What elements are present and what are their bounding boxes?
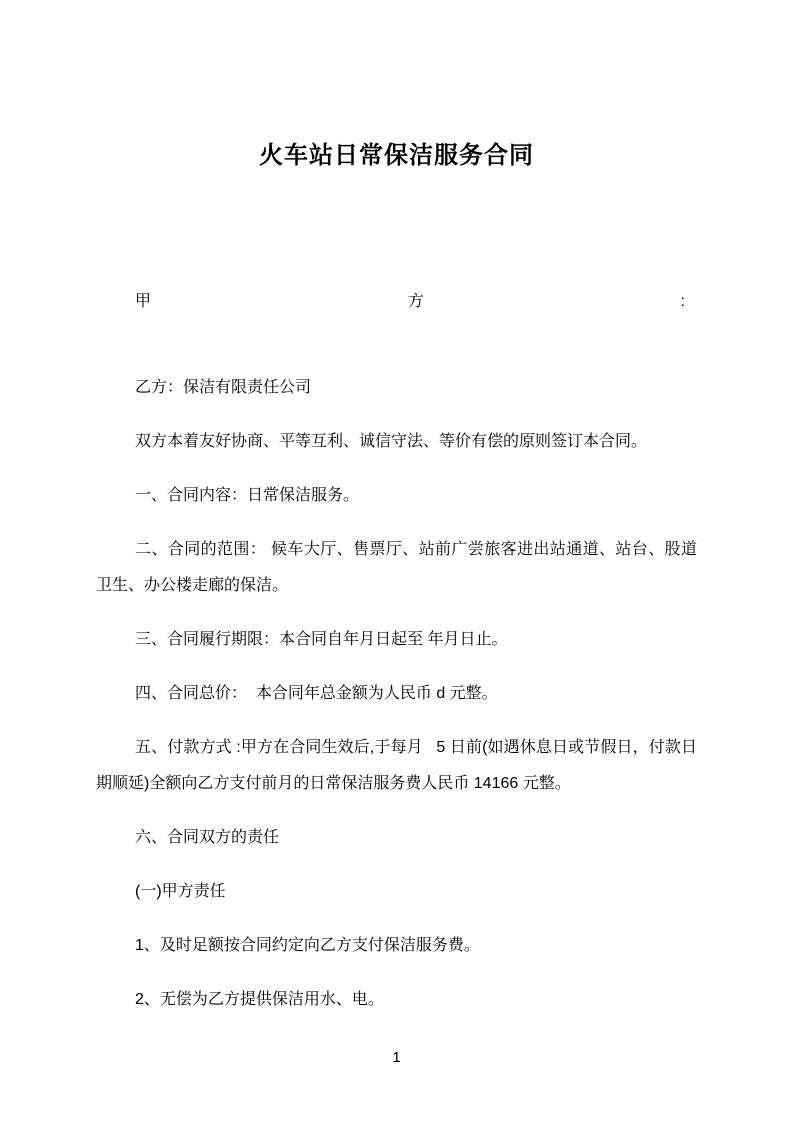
paragraph-clause-3: 三、合同履行期限：本合同自年月日起至 年月日止。: [96, 622, 697, 658]
party-a-line: 甲 方 :: [135, 284, 685, 320]
paragraph-preamble: 双方本着友好协商、平等互利、诚信守法、等价有偿的原则签订本合同。: [96, 424, 697, 460]
party-a-label-char1: 甲: [135, 284, 151, 320]
page-number: 1: [0, 1048, 793, 1068]
paragraph-party-a-duties-heading: (一)甲方责任: [96, 874, 697, 910]
paragraph-clause-2: 二、合同的范围： 候车大厅、售票厅、站前广尝旅客进出站通道、站台、股道卫生、办公…: [96, 532, 697, 604]
paragraph-party-a-duty-2: 2、无偿为乙方提供保洁用水、电。: [96, 982, 697, 1018]
document-content: 火车站日常保洁服务合同 甲 方 : 乙方：保洁有限责任公司 双方本着友好协商、平…: [0, 140, 793, 1018]
paragraph-party-a-duty-1: 1、及时足额按合同约定向乙方支付保洁服务费。: [96, 928, 697, 964]
paragraph-clause-4: 四、合同总价： 本合同年总金额为人民币 d 元整。: [96, 676, 697, 712]
paragraph-clause-5: 五、付款方式 :甲方在合同生效后,于每月 5 日前(如遇休息日或节假日，付款日期…: [96, 730, 697, 802]
party-a-label-char2: 方: [408, 284, 424, 320]
page-title: 火车站日常保洁服务合同: [96, 140, 697, 172]
document-page: 火车站日常保洁服务合同 甲 方 : 乙方：保洁有限责任公司 双方本着友好协商、平…: [0, 0, 793, 1122]
party-a-colon: :: [681, 284, 685, 320]
paragraph-clause-6: 六、合同双方的责任: [96, 820, 697, 856]
paragraph-party-b: 乙方：保洁有限责任公司: [96, 370, 697, 406]
paragraph-clause-1: 一、合同内容：日常保洁服务。: [96, 478, 697, 514]
